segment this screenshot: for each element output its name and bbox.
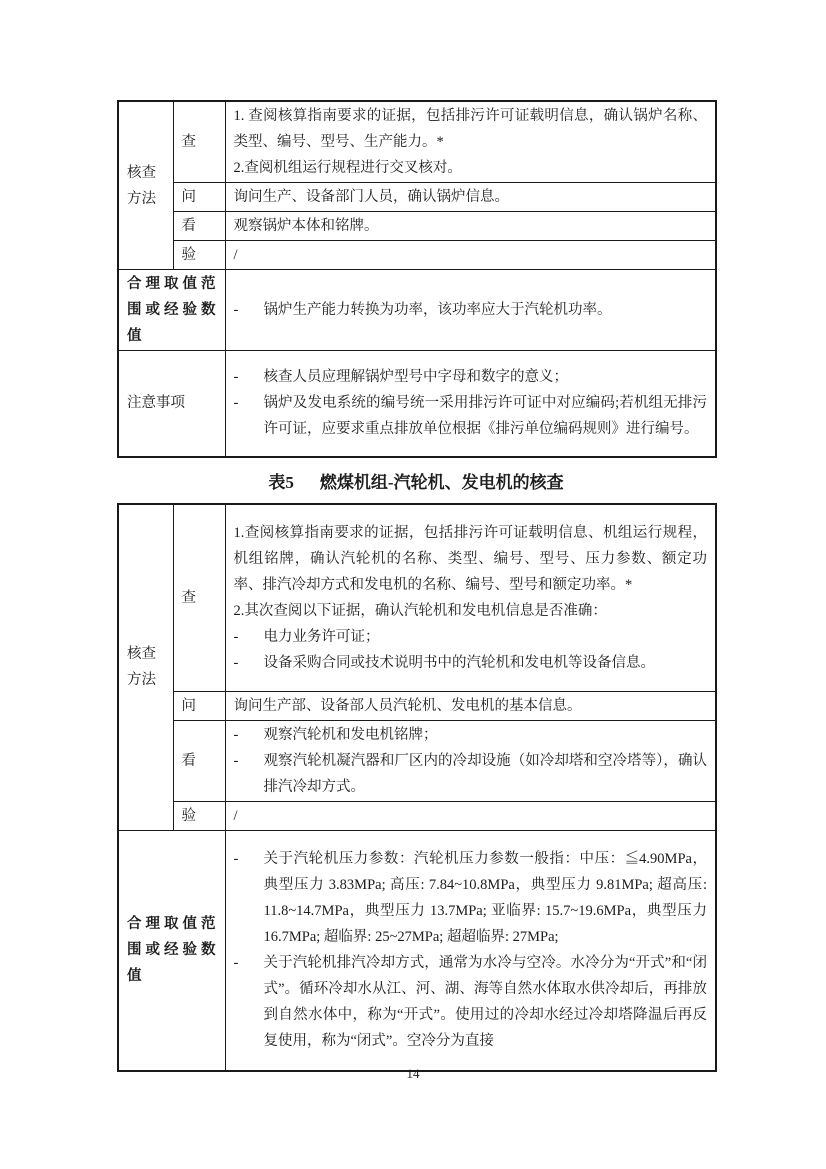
bullet-item: - 关于汽轮机压力参数：汽轮机压力参数一般指：中压：≦4.90MPa，典型压力 … — [234, 846, 708, 950]
bullet-item: - 锅炉及发电系统的编号统一采用排污许可证中对应编码;若机组无排污许可证，应要求… — [234, 390, 708, 442]
cell-verify-label: 验 — [173, 802, 225, 831]
table-row: 验 / — [118, 241, 716, 270]
bullet-text: 观察汽轮机和发电机铭牌； — [264, 722, 708, 748]
table-row: 核查方法 查 1. 查阅核算指南要求的证据，包括排污许可证载明信息，确认锅炉名称… — [118, 101, 716, 183]
bullet-marker: - — [234, 624, 264, 650]
table-row: 验 / — [118, 802, 716, 831]
bullet-marker: - — [234, 364, 264, 390]
bullet-text: 观察汽轮机凝汽器和厂区内的冷却设施（如冷却塔和空冷塔等），确认排汽冷却方式。 — [264, 748, 708, 800]
bullet-text: 电力业务许可证； — [264, 624, 708, 650]
bullet-marker: - — [234, 297, 264, 323]
cell-look-label: 看 — [173, 721, 225, 802]
paragraph-1: 1. 查阅核算指南要求的证据，包括排污许可证载明信息，确认锅炉名称、类型、编号、… — [234, 103, 708, 155]
bullet-marker: - — [234, 846, 264, 950]
caption-prefix: 表5 — [268, 468, 294, 493]
page-number: 14 — [0, 1066, 826, 1082]
bullet-marker: - — [234, 722, 264, 748]
table-row: 问 询问生产、设备部门人员，确认锅炉信息。 — [118, 183, 716, 212]
table-row: 问 询问生产部、设备部人员汽轮机、发电机的基本信息。 — [118, 692, 716, 721]
bullet-item: - 设备采购合同或技术说明书中的汽轮机和发电机等设备信息。 — [234, 650, 708, 676]
bullet-text: 关于汽轮机压力参数：汽轮机压力参数一般指：中压：≦4.90MPa，典型压力 3.… — [264, 846, 708, 950]
cell-method-group-label: 核查方法 — [118, 101, 173, 270]
paragraph-2: 2.查阅机组运行规程进行交叉核对。 — [234, 155, 708, 181]
boiler-check-table: 核查方法 查 1. 查阅核算指南要求的证据，包括排污许可证载明信息，确认锅炉名称… — [117, 100, 717, 458]
cell-range-content: - 锅炉生产能力转换为功率，该功率应大于汽轮机功率。 — [225, 270, 716, 351]
bullet-marker: - — [234, 390, 264, 442]
table-row: 合理取值范围或经验数值 - 锅炉生产能力转换为功率，该功率应大于汽轮机功率。 — [118, 270, 716, 351]
cell-range-label: 合理取值范围或经验数值 — [118, 270, 225, 351]
bullet-item: - 关于汽轮机排汽冷却方式，通常为水冷与空冷。水冷分为“开式”和“闭式”。循环冷… — [234, 950, 708, 1054]
bullet-text: 锅炉生产能力转换为功率，该功率应大于汽轮机功率。 — [264, 297, 708, 323]
bullet-text: 关于汽轮机排汽冷却方式，通常为水冷与空冷。水冷分为“开式”和“闭式”。循环冷却水… — [264, 950, 708, 1054]
table5-caption: 表5 燃煤机组-汽轮机、发电机的核查 — [117, 458, 715, 503]
bullet-item: - 电力业务许可证； — [234, 624, 708, 650]
table-row: 合理取值范围或经验数值 - 关于汽轮机压力参数：汽轮机压力参数一般指：中压：≦4… — [118, 831, 716, 1071]
cell-verify-content: / — [225, 241, 716, 270]
cell-check-content: 1.查阅核算指南要求的证据，包括排污许可证载明信息、机组运行规程，机组铭牌，确认… — [225, 504, 716, 692]
cell-ask-label: 问 — [173, 183, 225, 212]
bullet-marker: - — [234, 950, 264, 1054]
cell-look-label: 看 — [173, 212, 225, 241]
cell-method-group-label: 核查方法 — [118, 504, 173, 831]
cell-check-label: 查 — [173, 101, 225, 183]
paragraph-1: 1.查阅核算指南要求的证据，包括排污许可证载明信息、机组运行规程，机组铭牌，确认… — [234, 520, 708, 598]
bullet-item: - 观察汽轮机和发电机铭牌； — [234, 722, 708, 748]
bullet-text: 核查人员应理解锅炉型号中字母和数字的意义； — [264, 364, 708, 390]
document-page: 核查方法 查 1. 查阅核算指南要求的证据，包括排污许可证载明信息，确认锅炉名称… — [0, 0, 826, 1169]
turbine-generator-check-table: 核查方法 查 1.查阅核算指南要求的证据，包括排污许可证载明信息、机组运行规程，… — [117, 503, 717, 1072]
cell-check-label: 查 — [173, 504, 225, 692]
bullet-text: 锅炉及发电系统的编号统一采用排污许可证中对应编码;若机组无排污许可证，应要求重点… — [264, 390, 708, 442]
bullet-marker: - — [234, 748, 264, 800]
bullet-item: - 锅炉生产能力转换为功率，该功率应大于汽轮机功率。 — [234, 297, 708, 323]
table-row: 看 观察锅炉本体和铭牌。 — [118, 212, 716, 241]
paragraph-2: 2.其次查阅以下证据，确认汽轮机和发电机信息是否准确： — [234, 598, 708, 624]
cell-notes-label: 注意事项 — [118, 351, 225, 457]
cell-check-content: 1. 查阅核算指南要求的证据，包括排污许可证载明信息，确认锅炉名称、类型、编号、… — [225, 101, 716, 183]
bullet-text: 设备采购合同或技术说明书中的汽轮机和发电机等设备信息。 — [264, 650, 708, 676]
cell-range-label: 合理取值范围或经验数值 — [118, 831, 225, 1071]
table-row: 看 - 观察汽轮机和发电机铭牌； - 观察汽轮机凝汽器和厂区内的冷却设施（如冷却… — [118, 721, 716, 802]
table-row: 注意事项 - 核查人员应理解锅炉型号中字母和数字的意义； - 锅炉及发电系统的编… — [118, 351, 716, 457]
bullet-item: - 观察汽轮机凝汽器和厂区内的冷却设施（如冷却塔和空冷塔等），确认排汽冷却方式。 — [234, 748, 708, 800]
cell-ask-content: 询问生产部、设备部人员汽轮机、发电机的基本信息。 — [225, 692, 716, 721]
cell-look-content: 观察锅炉本体和铭牌。 — [225, 212, 716, 241]
bullet-marker: - — [234, 650, 264, 676]
cell-range-content: - 关于汽轮机压力参数：汽轮机压力参数一般指：中压：≦4.90MPa，典型压力 … — [225, 831, 716, 1071]
cell-notes-content: - 核查人员应理解锅炉型号中字母和数字的意义； - 锅炉及发电系统的编号统一采用… — [225, 351, 716, 457]
page-content: 核查方法 查 1. 查阅核算指南要求的证据，包括排污许可证载明信息，确认锅炉名称… — [117, 100, 715, 1072]
cell-look-content: - 观察汽轮机和发电机铭牌； - 观察汽轮机凝汽器和厂区内的冷却设施（如冷却塔和… — [225, 721, 716, 802]
caption-title: 燃煤机组-汽轮机、发电机的核查 — [320, 468, 564, 493]
cell-verify-label: 验 — [173, 241, 225, 270]
cell-ask-content: 询问生产、设备部门人员，确认锅炉信息。 — [225, 183, 716, 212]
cell-ask-label: 问 — [173, 692, 225, 721]
table-row: 核查方法 查 1.查阅核算指南要求的证据，包括排污许可证载明信息、机组运行规程，… — [118, 504, 716, 692]
bullet-item: - 核查人员应理解锅炉型号中字母和数字的意义； — [234, 364, 708, 390]
cell-verify-content: / — [225, 802, 716, 831]
